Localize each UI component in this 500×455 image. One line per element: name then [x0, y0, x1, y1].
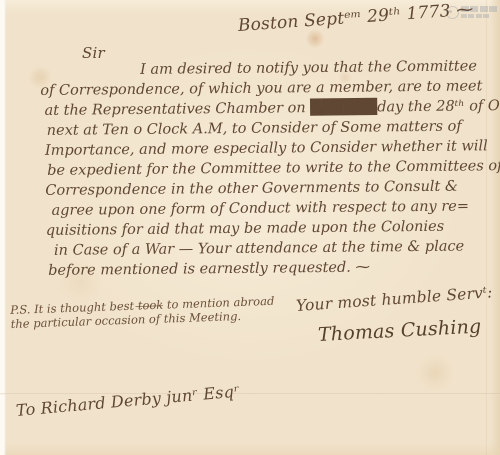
dateline: Boston Septᵉᵐ 29ᵗʰ 1773 ⁓ [237, 0, 474, 36]
postscript: P.S. It is thought best t̶o̶o̶k̶ to ment… [10, 294, 281, 331]
horizontal-crease [0, 393, 500, 395]
letter-body: I am desired to notify you that the Comm… [36, 56, 494, 281]
letter-scan: Boston Septᵉᵐ 29ᵗʰ 1773 ⁓ Sir I am desir… [0, 0, 500, 455]
signature: Thomas Cushing [317, 315, 481, 346]
salutation: Sir [82, 44, 105, 62]
body-line: before mentioned is earnestly requested.… [38, 256, 494, 281]
closing-line: Your most humble Servᵗ: [295, 283, 493, 315]
address-line: To Richard Derby junʳ Esqʳ [15, 381, 240, 419]
